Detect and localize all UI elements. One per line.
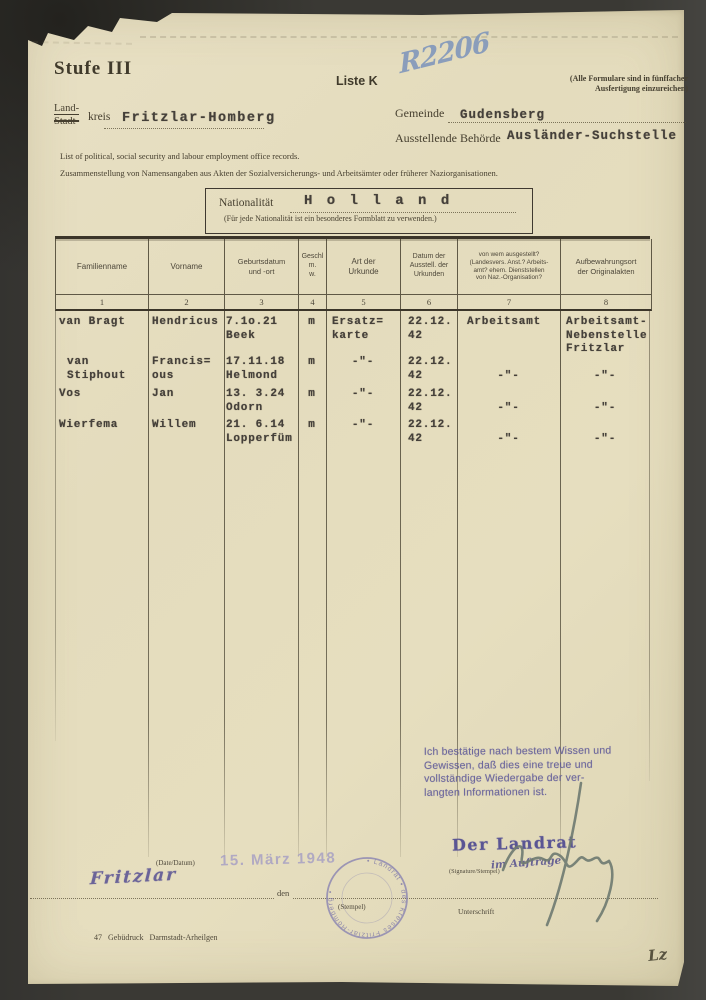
- col-number: 1: [56, 295, 149, 309]
- handwritten-place: Fritzlar: [90, 865, 178, 890]
- col-number: 4: [299, 295, 327, 309]
- unterschrift-label: Unterschrift: [458, 907, 494, 916]
- cell-datum: 22.12. 42: [400, 419, 457, 446]
- cell-aussteller: -"-: [457, 419, 560, 446]
- nationality-label: Nationalität: [219, 197, 273, 209]
- gemeinde-dotted-line: [448, 122, 686, 123]
- handwritten-signature: [495, 775, 645, 945]
- stufe-title: Stufe III: [54, 58, 132, 80]
- col-header-art-der-urkunde: Art der Urkunde: [327, 239, 401, 294]
- col-header-datum: Datum der Ausstell. der Urkunden: [401, 239, 458, 294]
- perforation-line-left: [32, 41, 132, 45]
- nationality-dotted-line: [290, 212, 516, 213]
- col-header-vorname: Vorname: [149, 239, 225, 294]
- subtitle-german: Zusammenstellung von Namensangaben aus A…: [60, 168, 498, 178]
- cell-vorname: Jan: [148, 388, 224, 415]
- stadt-label-struck: Stadt-: [54, 116, 79, 127]
- printer-imprint: 47 Gebüdruck Darmstadt-Arheilgen: [94, 933, 218, 942]
- cell-familienname: Vos: [55, 388, 148, 415]
- cell-urkunde: -"-: [326, 356, 400, 383]
- table-column-numbers: 1 2 3 4 5 6 7 8: [55, 294, 652, 311]
- col-header-von-wem: von wem ausgestellt? (Landesvers. Anst.?…: [458, 239, 561, 294]
- cell-geburtsdatum: 21. 6.14 Lopperfüm: [224, 419, 298, 446]
- cell-familienname: van Bragt: [55, 316, 148, 357]
- cell-geburtsdatum: 13. 3.24 Odorn: [224, 388, 298, 415]
- col-header-geburtsdatum: Geburtsdatum und -ort: [225, 239, 299, 294]
- cell-aufbewahrung: -"-: [560, 356, 650, 383]
- den-label: den: [277, 888, 289, 898]
- behoerde-label: Ausstellende Behörde: [395, 131, 501, 146]
- perforation-line: [140, 36, 678, 38]
- col-number: 2: [149, 295, 225, 309]
- table-header-row: Familienname Vorname Geburtsdatum und -o…: [55, 239, 652, 294]
- cell-familienname: Wierfema: [55, 419, 148, 446]
- col-number: 6: [401, 295, 458, 309]
- cell-urkunde: -"-: [326, 388, 400, 415]
- cell-datum: 22.12. 42: [400, 388, 457, 415]
- col-number: 7: [458, 295, 561, 309]
- cell-geburtsdatum: 17.11.18 Helmond: [224, 356, 298, 383]
- col-header-geschlecht: Geschl m. w.: [299, 239, 327, 294]
- col-number: 8: [561, 295, 651, 309]
- kreis-label: kreis: [88, 111, 110, 123]
- cell-geburtsdatum: 7.1o.21 Beek: [224, 316, 298, 357]
- subtitle-english: List of political, social security and l…: [60, 151, 299, 161]
- signature-dotted-line-left: [30, 898, 274, 899]
- table-row: van Bragt Hendricus 7.1o.21 Beek m Ersat…: [55, 316, 650, 357]
- kreis-value: Fritzlar-Homberg: [122, 111, 276, 126]
- gemeinde-value: Gudensberg: [460, 108, 545, 122]
- cell-urkunde: -"-: [326, 419, 400, 446]
- table-row: Vos Jan 13. 3.24 Odorn m -"- 22.12. 42 -…: [55, 388, 650, 415]
- cell-datum: 22.12. 42: [400, 316, 457, 357]
- cell-aufbewahrung: -"-: [560, 388, 650, 415]
- round-official-stamp: • Landrat • des Kreises Fritzlar-Homberg…: [317, 848, 417, 948]
- copies-note: (Alle Formulare sind in fünffacher Ausfe…: [512, 74, 688, 94]
- cell-vorname: Francis= ous: [148, 356, 224, 383]
- land-label: Land-: [54, 103, 79, 115]
- liste-title: Liste K: [336, 74, 378, 88]
- cell-aussteller: -"-: [457, 388, 560, 415]
- col-number: 3: [225, 295, 299, 309]
- cell-geschlecht: m: [298, 356, 326, 383]
- col-header-familienname: Familienname: [56, 239, 149, 294]
- handwritten-reference: R2206: [398, 27, 490, 81]
- nationality-value: H o l l a n d: [304, 193, 452, 209]
- cell-vorname: Hendricus: [148, 316, 224, 357]
- col-header-aufbewahrungsort: Aufbewahrungsort der Originalakten: [561, 239, 651, 294]
- table-row: Wierfema Willem 21. 6.14 Lopperfüm m -"-…: [55, 419, 650, 446]
- cell-urkunde: Ersatz= karte: [326, 316, 400, 357]
- cell-aussteller: -"-: [457, 356, 560, 383]
- stamp-inner-ring: [342, 873, 392, 923]
- nationality-note: (Für jede Nationalität ist ein besondere…: [224, 214, 437, 223]
- cell-aussteller: Arbeitsamt: [457, 316, 560, 357]
- scanned-document-page: Stufe III Liste K R2206 (Alle Formulare …: [0, 0, 706, 1000]
- gemeinde-label: Gemeinde: [395, 106, 444, 121]
- cell-geschlecht: m: [298, 316, 326, 357]
- signature-scrawl: [503, 846, 609, 870]
- cell-geschlecht: m: [298, 388, 326, 415]
- signature-tail: [597, 861, 612, 921]
- cell-familienname: van Stiphout: [55, 356, 148, 383]
- stempel-label: (Stempel): [338, 903, 366, 911]
- cell-geschlecht: m: [298, 419, 326, 446]
- col-number: 5: [327, 295, 401, 309]
- cell-aufbewahrung: Arbeitsamt- Nebenstelle Fritzlar: [560, 316, 650, 357]
- table-row: van Stiphout Francis= ous 17.11.18 Helmo…: [55, 356, 650, 383]
- behoerde-value: Ausländer-Suchstelle: [507, 129, 677, 143]
- cell-aufbewahrung: -"-: [560, 419, 650, 446]
- cell-vorname: Willem: [148, 419, 224, 446]
- nationality-box: Nationalität H o l l a n d (Für jede Nat…: [205, 188, 533, 234]
- kreis-dotted-line: [104, 128, 264, 129]
- corner-initials: Lz: [647, 945, 668, 965]
- cell-datum: 22.12. 42: [400, 356, 457, 383]
